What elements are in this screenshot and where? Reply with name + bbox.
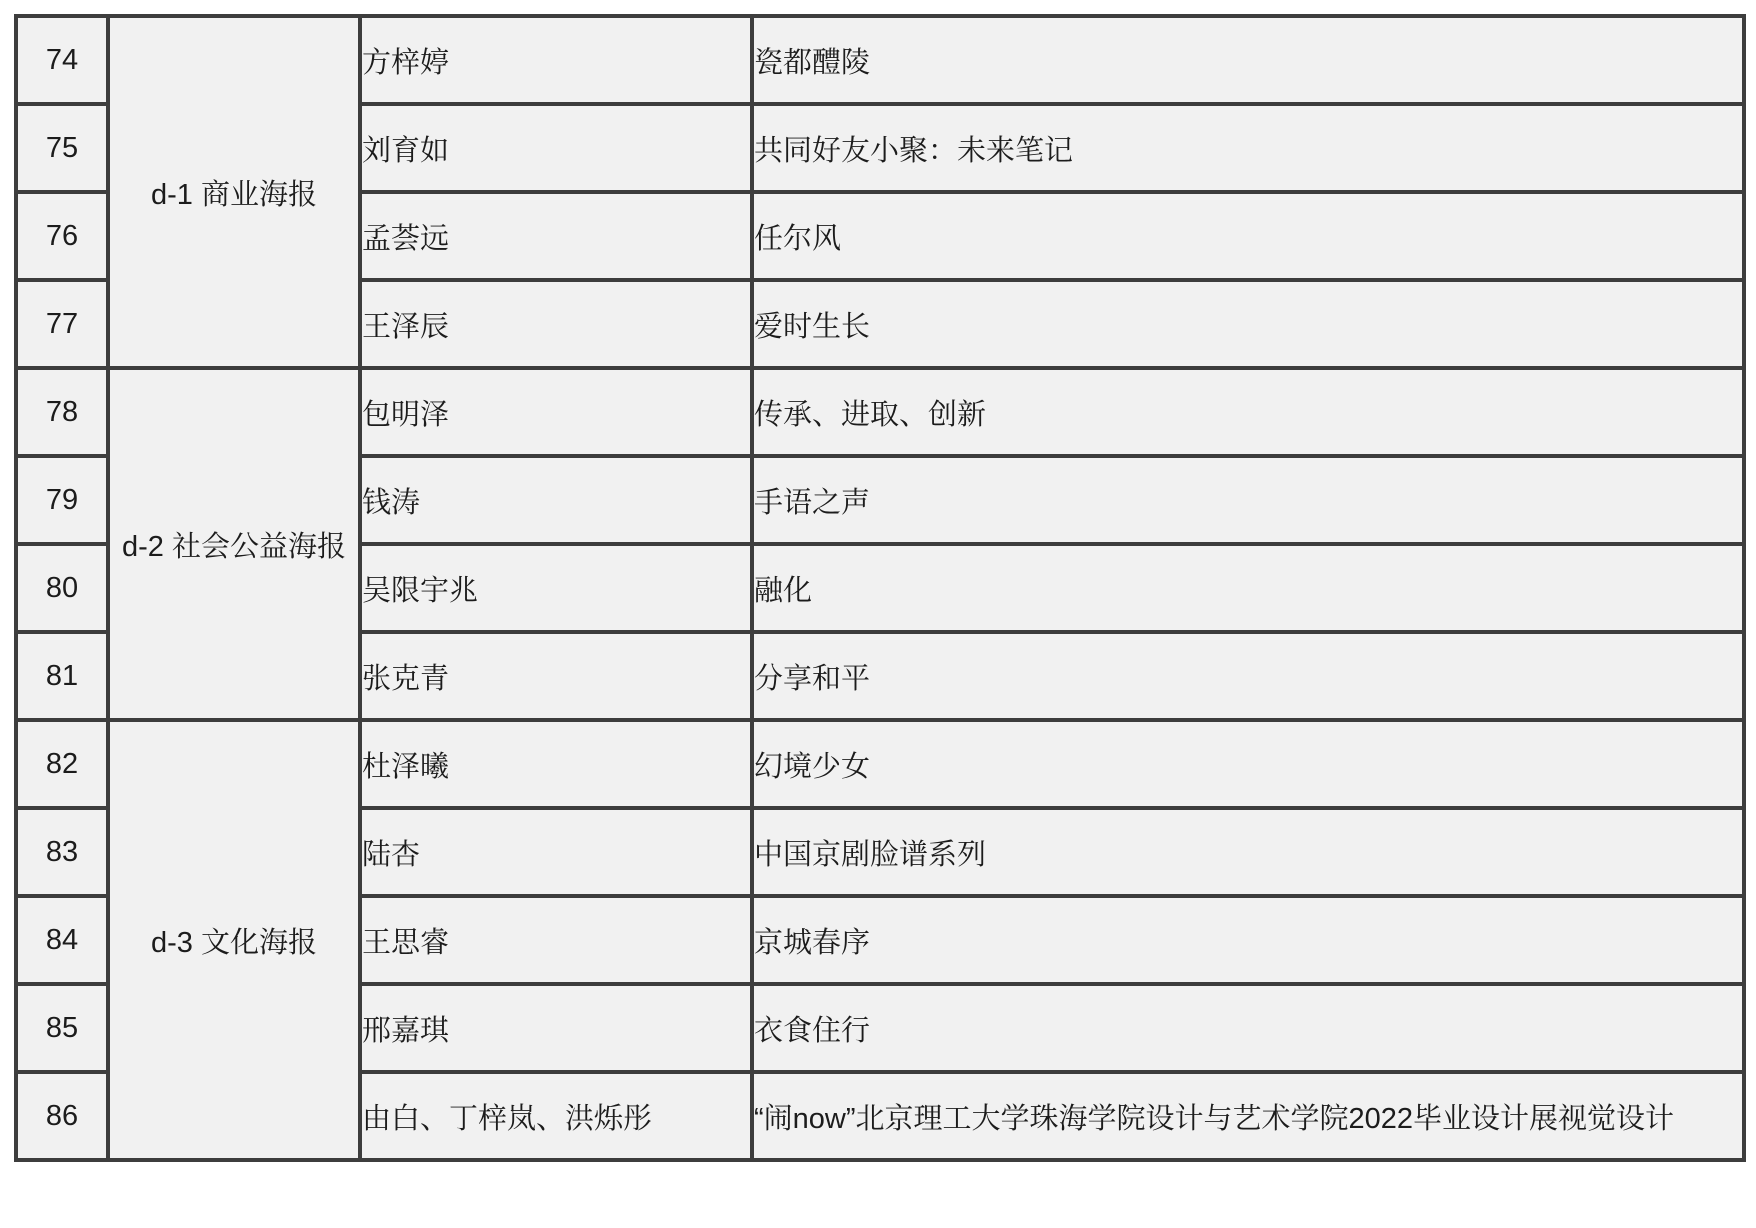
work-title-cell: 分享和平 [752, 632, 1744, 720]
work-title-cell: 爱时生长 [752, 280, 1744, 368]
work-title-cell: 幻境少女 [752, 720, 1744, 808]
work-title-cell: 京城春序 [752, 896, 1744, 984]
entry-number-cell: 85 [16, 984, 108, 1072]
entry-number-cell: 80 [16, 544, 108, 632]
entry-number-cell: 83 [16, 808, 108, 896]
entry-number-cell: 77 [16, 280, 108, 368]
author-cell: 王泽辰 [360, 280, 752, 368]
author-cell: 陆杏 [360, 808, 752, 896]
entry-number-cell: 82 [16, 720, 108, 808]
author-cell: 由白、丁梓岚、洪烁彤 [360, 1072, 752, 1160]
table-row: 74d-1 商业海报方梓婷瓷都醴陵 [16, 16, 1744, 104]
entry-number-cell: 78 [16, 368, 108, 456]
entry-number-cell: 76 [16, 192, 108, 280]
works-table: 74d-1 商业海报方梓婷瓷都醴陵75刘育如共同好友小聚：未来笔记76孟荟远任尔… [14, 14, 1746, 1162]
entry-number-cell: 79 [16, 456, 108, 544]
author-cell: 包明泽 [360, 368, 752, 456]
entry-number-cell: 74 [16, 16, 108, 104]
category-cell: d-2 社会公益海报 [108, 368, 360, 720]
entry-number-cell: 86 [16, 1072, 108, 1160]
author-cell: 孟荟远 [360, 192, 752, 280]
author-cell: 刘育如 [360, 104, 752, 192]
author-cell: 王思睿 [360, 896, 752, 984]
works-table-body: 74d-1 商业海报方梓婷瓷都醴陵75刘育如共同好友小聚：未来笔记76孟荟远任尔… [16, 16, 1744, 1160]
work-title-cell: 瓷都醴陵 [752, 16, 1744, 104]
category-cell: d-1 商业海报 [108, 16, 360, 368]
work-title-cell: 共同好友小聚：未来笔记 [752, 104, 1744, 192]
page: 74d-1 商业海报方梓婷瓷都醴陵75刘育如共同好友小聚：未来笔记76孟荟远任尔… [0, 0, 1756, 1228]
table-row: 82d-3 文化海报杜泽曦幻境少女 [16, 720, 1744, 808]
entry-number-cell: 84 [16, 896, 108, 984]
work-title-cell: “闹now”北京理工大学珠海学院设计与艺术学院2022毕业设计展视觉设计 [752, 1072, 1744, 1160]
work-title-cell: 融化 [752, 544, 1744, 632]
work-title-cell: 任尔风 [752, 192, 1744, 280]
work-title-cell: 传承、进取、创新 [752, 368, 1744, 456]
work-title-cell: 手语之声 [752, 456, 1744, 544]
author-cell: 方梓婷 [360, 16, 752, 104]
entry-number-cell: 75 [16, 104, 108, 192]
author-cell: 邢嘉琪 [360, 984, 752, 1072]
author-cell: 张克青 [360, 632, 752, 720]
work-title-cell: 衣食住行 [752, 984, 1744, 1072]
author-cell: 钱涛 [360, 456, 752, 544]
table-row: 78d-2 社会公益海报包明泽传承、进取、创新 [16, 368, 1744, 456]
entry-number-cell: 81 [16, 632, 108, 720]
category-cell: d-3 文化海报 [108, 720, 360, 1160]
author-cell: 杜泽曦 [360, 720, 752, 808]
author-cell: 吴限宇兆 [360, 544, 752, 632]
work-title-cell: 中国京剧脸谱系列 [752, 808, 1744, 896]
